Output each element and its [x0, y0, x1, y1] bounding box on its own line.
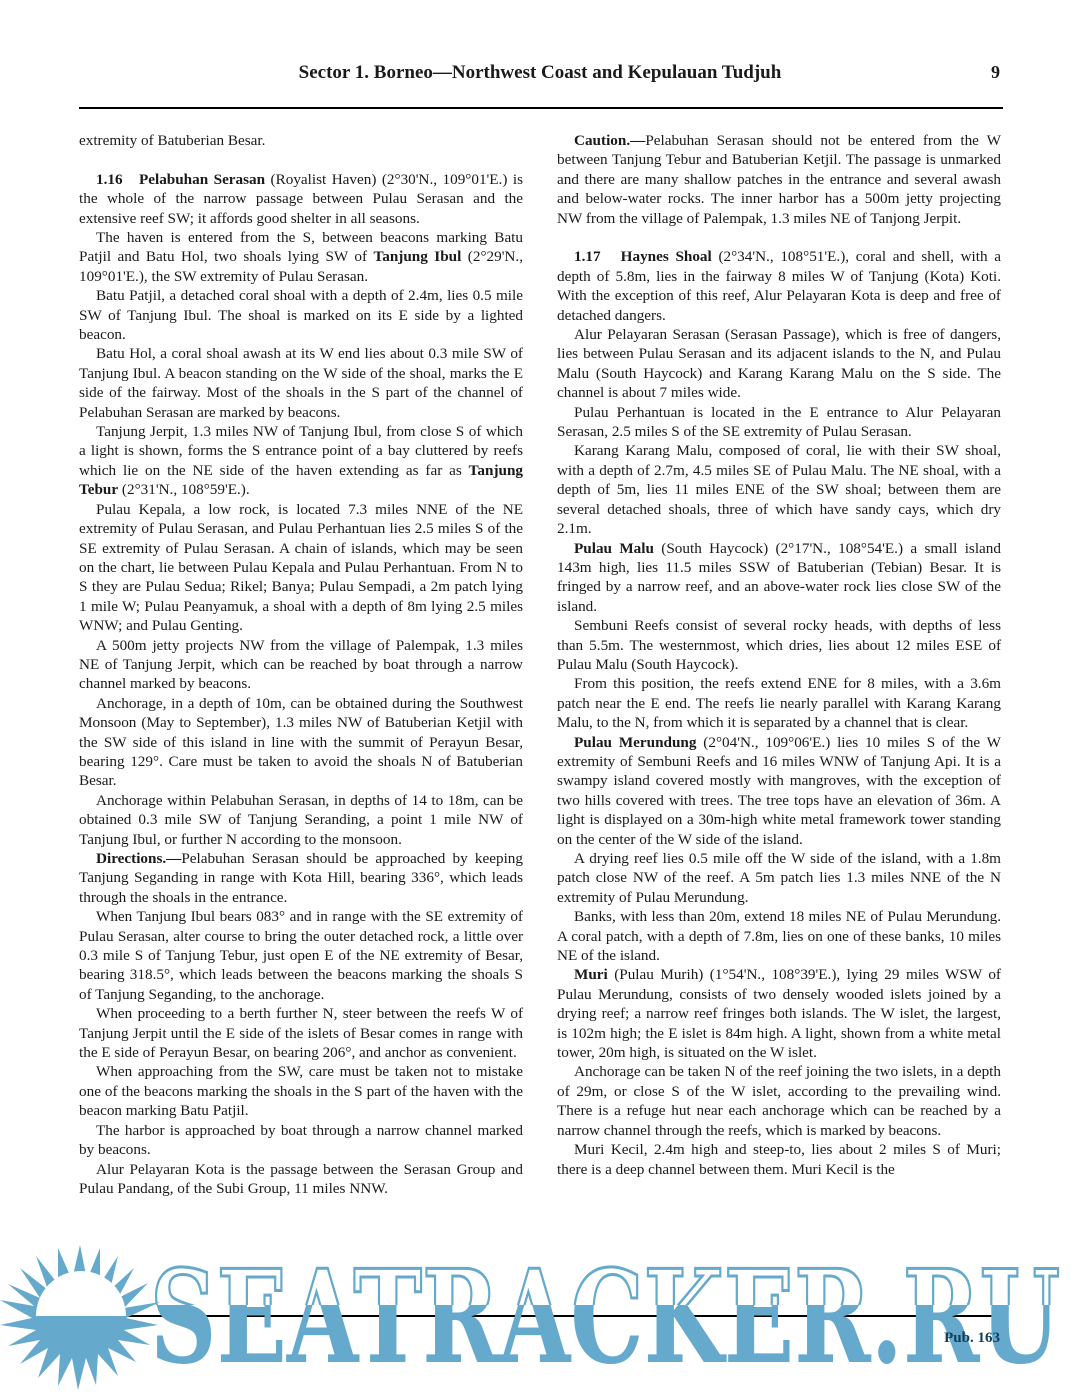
- watermark: SEATRACKER.RU SEATRACKER.RU: [0, 1215, 1080, 1397]
- caution-label: Caution.—: [574, 132, 645, 149]
- caution-paragraph: Caution.—Pelabuhan Serasan should not be…: [557, 131, 1001, 228]
- paragraph: When proceeding to a berth further N, st…: [79, 1004, 523, 1062]
- paragraph: Batu Hol, a coral shoal awash at its W e…: [79, 344, 523, 422]
- section-number: 1.17: [574, 248, 601, 265]
- running-header-title: Sector 1. Borneo—Northwest Coast and Kep…: [0, 62, 1080, 84]
- paragraph: The harbor is approached by boat through…: [79, 1121, 523, 1160]
- paragraph: When Tanjung Ibul bears 083° and in rang…: [79, 907, 523, 1004]
- paragraph: When approaching from the SW, care must …: [79, 1062, 523, 1120]
- paragraph: Alur Pelayaran Serasan (Serasan Passage)…: [557, 325, 1001, 403]
- header-rule: [79, 107, 1003, 109]
- paragraph: Karang Karang Malu, composed of coral, l…: [557, 441, 1001, 538]
- paragraph: From this position, the reefs extend ENE…: [557, 674, 1001, 732]
- paragraph: Tanjung Jerpit, 1.3 miles NW of Tanjung …: [79, 422, 523, 500]
- paragraph: Pulau Merundung (2°04'N., 109°06'E.) lie…: [557, 733, 1001, 849]
- section-heading: Pelabuhan Serasan: [139, 171, 265, 188]
- left-column: extremity of Batuberian Besar. 1.16 Pela…: [79, 131, 523, 1198]
- section-1-16: 1.16 Pelabuhan Serasan (Royalist Haven) …: [79, 170, 523, 228]
- paragraph: The haven is entered from the S, between…: [79, 228, 523, 286]
- section-number: 1.16: [96, 171, 123, 188]
- directions-label: Directions.—: [96, 850, 181, 867]
- page-number: 9: [991, 62, 1000, 83]
- svg-text:SEATRACKER.RU: SEATRACKER.RU: [150, 1243, 1060, 1393]
- sun-icon: [0, 1245, 160, 1390]
- paragraph: Alur Pelayaran Kota is the passage betwe…: [79, 1160, 523, 1199]
- section-1-17: 1.17 Haynes Shoal (2°34'N., 108°51'E.), …: [557, 247, 1001, 325]
- publication-label: Pub. 163: [944, 1330, 1000, 1347]
- footer-rule: [79, 1315, 1003, 1317]
- paragraph: Muri Kecil, 2.4m high and steep-to, lies…: [557, 1140, 1001, 1179]
- paragraph: A drying reef lies 0.5 mile off the W si…: [557, 849, 1001, 907]
- section-heading: Haynes Shoal: [621, 248, 712, 265]
- paragraph: Anchorage within Pelabuhan Serasan, in d…: [79, 791, 523, 849]
- paragraph: Anchorage, in a depth of 10m, can be obt…: [79, 694, 523, 791]
- paragraph: Banks, with less than 20m, extend 18 mil…: [557, 907, 1001, 965]
- watermark-text: SEATRACKER.RU SEATRACKER.RU: [150, 1243, 1060, 1393]
- paragraph: Anchorage can be taken N of the reef joi…: [557, 1062, 1001, 1140]
- paragraph: extremity of Batuberian Besar.: [79, 131, 523, 150]
- paragraph: Pulau Perhantuan is located in the E ent…: [557, 403, 1001, 442]
- right-column: Caution.—Pelabuhan Serasan should not be…: [557, 131, 1001, 1179]
- paragraph: Batu Patjil, a detached coral shoal with…: [79, 286, 523, 344]
- paragraph: Muri (Pulau Murih) (1°54'N., 108°39'E.),…: [557, 965, 1001, 1062]
- svg-text:SEATRACKER.RU: SEATRACKER.RU: [150, 1243, 1060, 1393]
- paragraph: A 500m jetty projects NW from the villag…: [79, 636, 523, 694]
- paragraph: Pulau Kepala, a low rock, is located 7.3…: [79, 500, 523, 636]
- paragraph: Pulau Malu (South Haycock) (2°17'N., 108…: [557, 539, 1001, 617]
- paragraph: Sembuni Reefs consist of several rocky h…: [557, 616, 1001, 674]
- directions-paragraph: Directions.—Pelabuhan Serasan should be …: [79, 849, 523, 907]
